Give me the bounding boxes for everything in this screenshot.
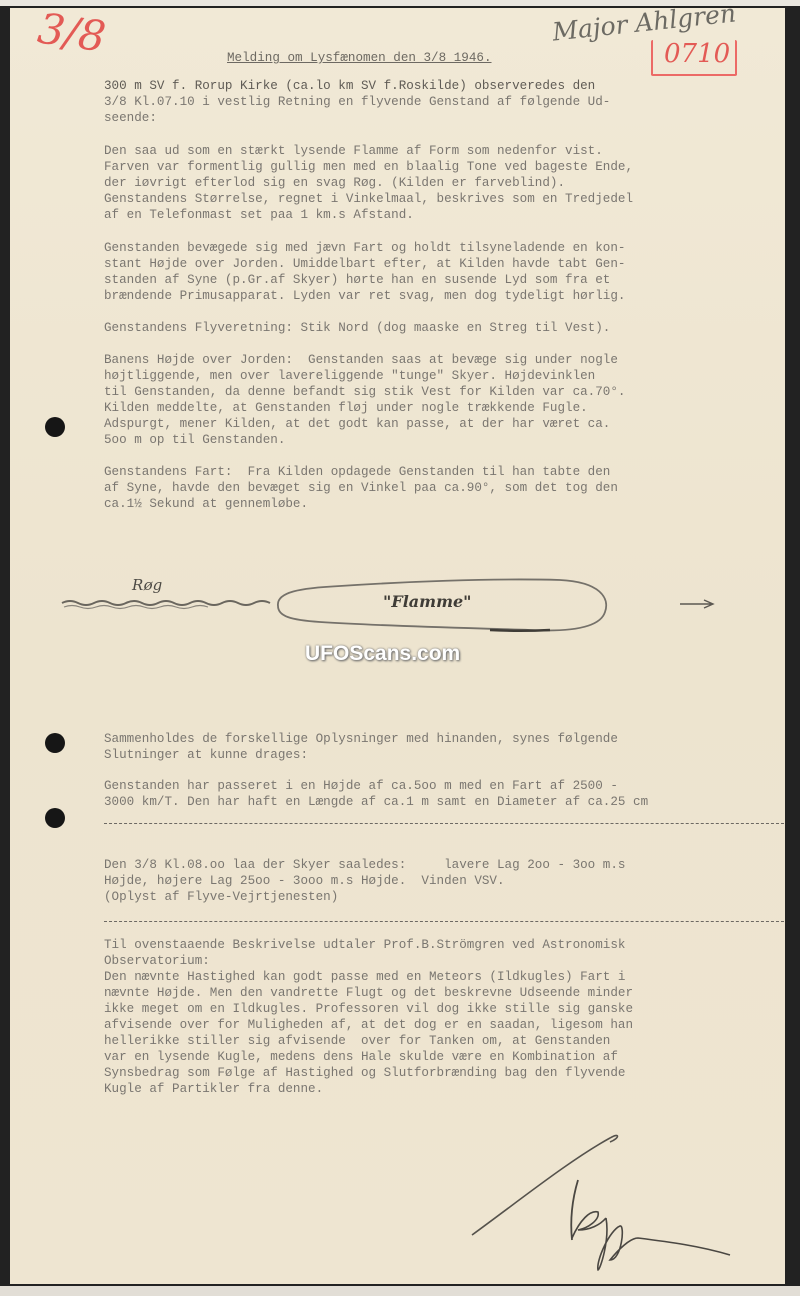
paragraph-line: Genstandens Størrelse, regnet i Vinkelma… [104,191,794,207]
paragraph-line: 3000 km/T. Den har haft en Længde af ca.… [104,794,794,810]
paragraph-line: Til ovenstaaende Beskrivelse udtaler Pro… [104,937,794,953]
signature-icon [460,1120,760,1280]
paragraph-line: 5oo m op til Genstanden. [104,432,794,448]
paragraph-line: Den 3/8 Kl.08.oo laa der Skyer saaledes:… [104,857,794,873]
punch-hole [45,733,65,753]
paragraph-line: Kugle af Partikler fra denne. [104,1081,794,1097]
paragraph-line: Genstanden bevægede sig med jævn Fart og… [104,240,794,256]
red-date-annotation: 3/8 [35,4,109,62]
flame-label: "Flamme" [383,592,472,611]
document-title: Melding om Lysfænomen den 3/8 1946. [227,51,492,65]
paragraph-line: Adspurgt, mener Kilden, at det godt kan … [104,416,794,432]
paragraph-line: afvisende over for Muligheden af, at det… [104,1017,794,1033]
red-boxed-number: 0710 [664,39,730,69]
paragraph-line: til Genstanden, da denne befandt sig sti… [104,384,794,400]
punch-hole [45,808,65,828]
paragraph-line: Farven var formentlig gullig men med en … [104,159,794,175]
paragraph-line: hellerikke stiller sig afvisende over fo… [104,1033,794,1049]
paragraph-line: Genstandens Flyveretning: Stik Nord (dog… [104,320,794,336]
dashed-divider [104,823,784,824]
paragraph-line: brændende Primusapparat. Lyden var ret s… [104,288,794,304]
paragraph-line: nævnte Højde. Men den vandrette Flugt og… [104,985,794,1001]
paragraph-line: standen af Syne (p.Gr.af Skyer) hørte ha… [104,272,794,288]
paragraph-line: Synsbedrag som Følge af Hastighed og Slu… [104,1065,794,1081]
paragraph-line: højtliggende, men over lavereliggende "t… [104,368,794,384]
paragraph-line: Den saa ud som en stærkt lysende Flamme … [104,143,794,159]
paragraph-line: Genstandens Fart: Fra Kilden opdagede Ge… [104,464,794,480]
paragraph-line: Sammenholdes de forskellige Oplysninger … [104,731,794,747]
paragraph-line: Kilden meddelte, at Genstanden fløj unde… [104,400,794,416]
signature [460,1120,760,1280]
paragraph-line: Den nævnte Hastighed kan godt passe med … [104,969,794,985]
smoke-label: Røg [132,576,162,594]
paragraph-line: der iøvrigt efterlod sig en svag Røg. (K… [104,175,794,191]
paragraph-line: af en Telefonmast set paa 1 km.s Afstand… [104,207,794,223]
punch-hole [45,417,65,437]
paragraph-line: af Syne, havde den bevæget sig en Vinkel… [104,480,794,496]
paragraph-line: Genstanden har passeret i en Højde af ca… [104,778,794,794]
scan-bottom-edge [0,1286,800,1296]
paragraph-line: (Oplyst af Flyve-Vejrtjenesten) [104,889,794,905]
paragraph-line: ikke meget om en Ildkugles. Professoren … [104,1001,794,1017]
paragraph-line: 3/8 Kl.07.10 i vestlig Retning en flyven… [104,94,794,110]
paragraph-line: var en lysende Kugle, medens dens Hale s… [104,1049,794,1065]
watermark: UFOScans.com [305,642,460,666]
paragraph-line: Banens Højde over Jorden: Genstanden saa… [104,352,794,368]
paragraph-line: stant Højde over Jorden. Umiddelbart eft… [104,256,794,272]
dashed-divider [104,921,784,922]
paragraph-line: 300 m SV f. Rorup Kirke (ca.lo km SV f.R… [104,78,794,94]
paragraph-line: ca.1½ Sekund at gennemløbe. [104,496,794,512]
paragraph-line: Højde, højere Lag 25oo - 3ooo m.s Højde.… [104,873,794,889]
paragraph-line: Observatorium: [104,953,794,969]
paragraph-line: Slutninger at kunne drages: [104,747,794,763]
paragraph-line: seende: [104,110,794,126]
